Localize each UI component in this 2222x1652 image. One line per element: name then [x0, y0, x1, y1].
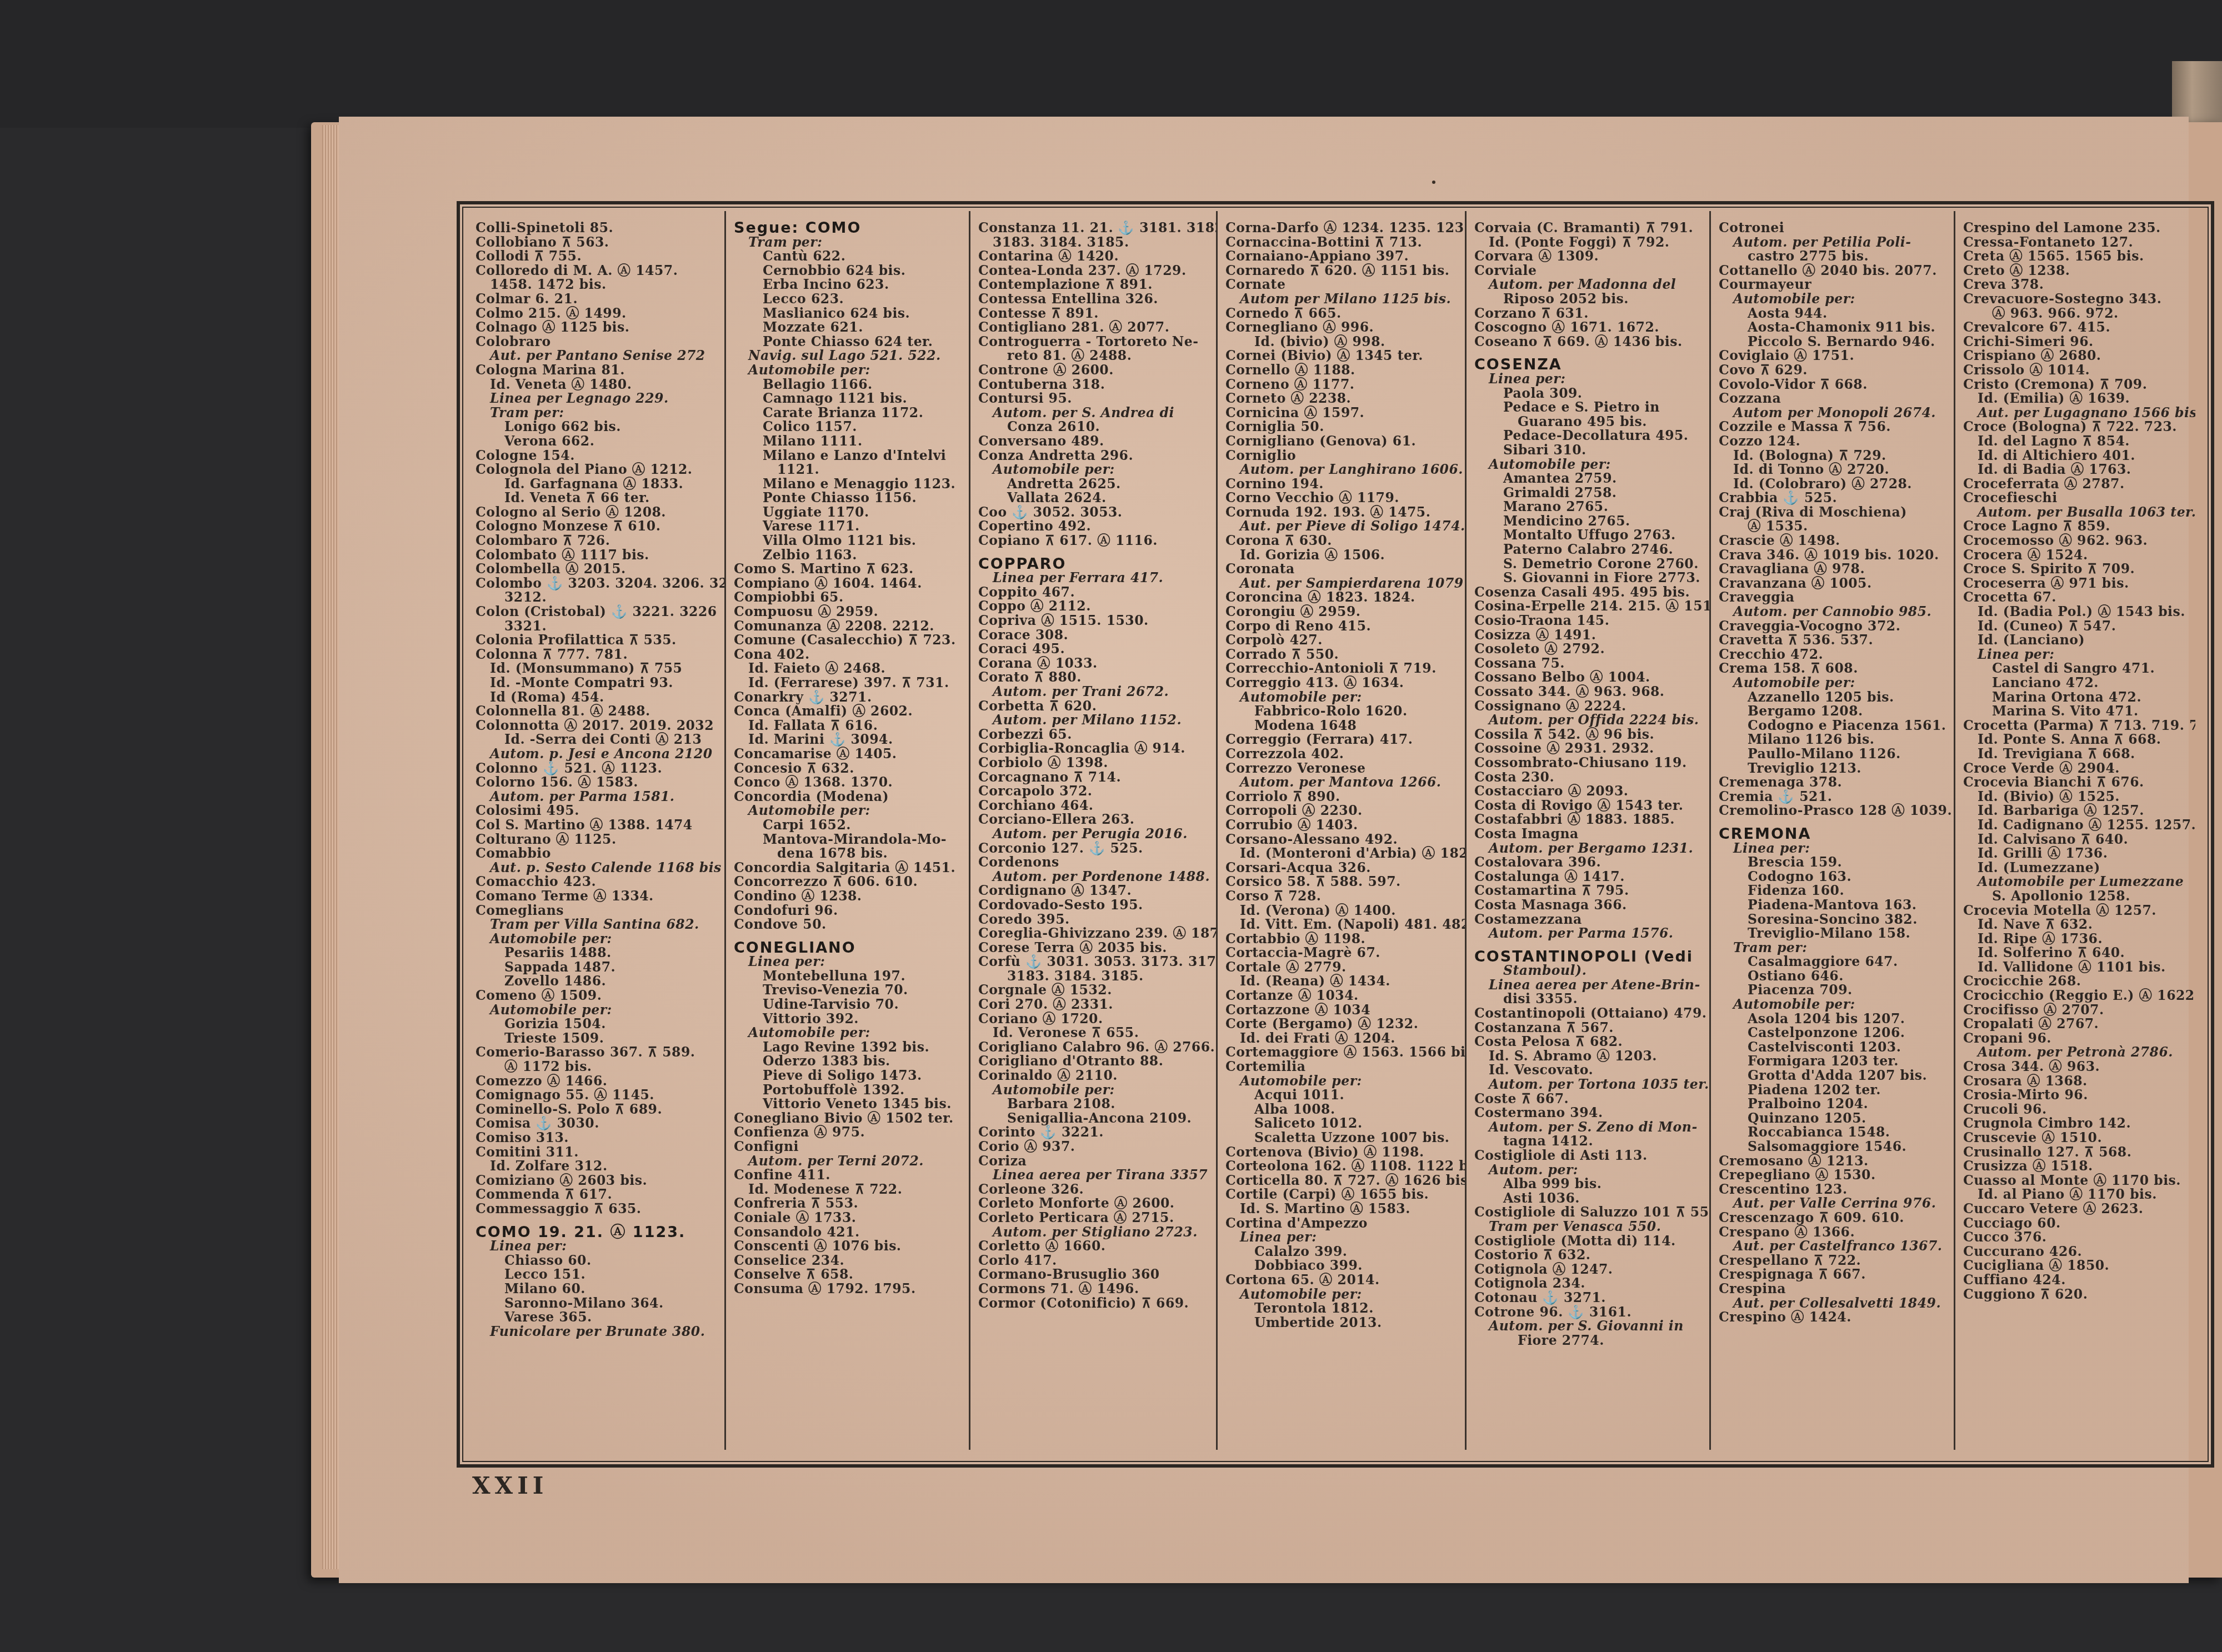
index-entry: Coronata — [1225, 562, 1459, 577]
index-entry: Cologno Monzese ⊼ 610. — [476, 519, 719, 534]
index-entry: Colloredo di M. A. Ⓐ 1457. — [476, 264, 719, 278]
index-entry: Conca (Amalfi) Ⓐ 2602. — [734, 704, 963, 719]
route-note: Autom. per Parma 1576. — [1474, 927, 1704, 941]
index-entry: Crocicchio (Reggio E.) Ⓐ 1622. — [1963, 989, 2190, 1003]
index-entry: Grimaldi 2758. — [1474, 486, 1704, 500]
index-entry: Cornaccina-Bottini ⊼ 713. — [1225, 236, 1459, 250]
index-entry: Crevalcore 67. 415. — [1963, 321, 2190, 335]
index-entry: Id. (Cuneo) ⊼ 547. — [1963, 619, 2190, 634]
index-entry: Croce (Bologna) ⊼ 722. 723. — [1963, 420, 2190, 434]
index-entry: Cuasso al Monte Ⓐ 1170 bis. — [1963, 1174, 2190, 1188]
index-entry: 3183. 3184. 3185. — [978, 969, 1210, 984]
index-entry: Castelponzone 1206. — [1719, 1026, 1948, 1040]
index-entry: Corticella 80. ⊼ 727. Ⓐ 1626 bis. — [1225, 1174, 1459, 1188]
index-entry: Sibari 310. — [1474, 443, 1704, 458]
index-entry: Milano 1126 bis. — [1719, 733, 1948, 747]
index-entry: Colombaro ⊼ 726. — [476, 534, 719, 548]
index-entry: Coroncina Ⓐ 1823. 1824. — [1225, 590, 1459, 605]
index-entry: Zovello 1486. — [476, 974, 719, 989]
index-entry: Cremolino-Prasco 128 Ⓐ 1039. — [1719, 804, 1948, 818]
index-entry: Costermano 394. — [1474, 1106, 1704, 1120]
route-note: Linea per: — [1225, 1230, 1459, 1245]
index-entry: Conco Ⓐ 1368. 1370. — [734, 775, 963, 790]
index-entry: disi 3355. — [1474, 992, 1704, 1007]
index-entry: Id. (Lumezzane) — [1963, 861, 2190, 875]
index-entry: Controguerra - Tortoreto Ne- — [978, 335, 1210, 349]
index-entry: Cosenza Casali 495. 495 bis. — [1474, 585, 1704, 600]
index-entry: Commenda ⊼ 617. — [476, 1188, 719, 1202]
index-entry: dena 1678 bis. — [734, 847, 963, 861]
index-entry: Crocera Ⓐ 1524. — [1963, 548, 2190, 563]
index-entry: Colmar 6. 21. — [476, 292, 719, 307]
index-entry: Mantova-Mirandola-Mo- — [734, 833, 963, 847]
route-note: Autom. per Petilia Poli- — [1719, 236, 1948, 250]
index-entry: Cossana 75. — [1474, 657, 1704, 671]
index-entry: Corvaia (C. Bramanti) ⊼ 791. — [1474, 221, 1704, 236]
index-entry: Cuffiano 424. — [1963, 1273, 2190, 1288]
index-entry: Crecchio 472. — [1719, 648, 1948, 662]
index-entry: Villa Olmo 1121 bis. — [734, 534, 963, 548]
route-note: Tram per Venasca 550. — [1474, 1220, 1704, 1234]
index-entry: Colombo ⚓ 3203. 3204. 3206. 3211 — [476, 577, 719, 591]
index-entry: Cossignano Ⓐ 2224. — [1474, 699, 1704, 714]
index-entry: Crocemosso Ⓐ 962. 963. — [1963, 534, 2190, 548]
index-entry: Piadena 1202 ter. — [1719, 1083, 1948, 1098]
index-entry: Comezzo Ⓐ 1466. — [476, 1074, 719, 1089]
index-entry: Id. (Ponte Foggi) ⊼ 792. — [1474, 236, 1704, 250]
index-entry: Corpo di Reno 415. — [1225, 619, 1459, 634]
index-entry: Cortenova (Bivio) Ⓐ 1198. — [1225, 1145, 1459, 1160]
section-heading: CONEGLIANO — [734, 941, 963, 955]
index-entry: Comeglians — [476, 904, 719, 918]
index-entry: Senigallia-Ancona 2109. — [978, 1112, 1210, 1126]
route-note: Autom. per Busalla 1063 ter. — [1963, 505, 2190, 520]
route-note: Automobile per: — [1225, 690, 1459, 705]
index-entry: Crescentino 123. — [1719, 1183, 1948, 1197]
index-entry: Correzzola 402. — [1225, 747, 1459, 762]
index-entry: Correzzo Veronese — [1225, 762, 1459, 776]
route-note: Aut. per Castelfranco 1367. — [1719, 1239, 1948, 1254]
index-entry: Corongiu Ⓐ 2959. — [1225, 605, 1459, 619]
index-entry: Vittorio 392. — [734, 1012, 963, 1027]
index-entry: Crespano Ⓐ 1366. — [1719, 1225, 1948, 1240]
index-entry: Id. Marini ⚓ 3094. — [734, 733, 963, 747]
index-entry: Cortazzone Ⓐ 1034 — [1225, 1003, 1459, 1018]
index-entry: Id. (Ferrarese) 397. ⊼ 731. — [734, 676, 963, 690]
index-entry: Id. (Badia Pol.) Ⓐ 1543 bis. — [1963, 605, 2190, 619]
index-entry: Maslianico 624 bis. — [734, 307, 963, 321]
index-entry: Compuosu Ⓐ 2959. — [734, 605, 963, 619]
index-entry: Cortemaggiore Ⓐ 1563. 1566 bis. — [1225, 1045, 1459, 1060]
index-entry: Coraci 495. — [978, 642, 1210, 657]
index-entry: Id. Fallata ⊼ 616. — [734, 719, 963, 733]
index-entry: Cravagliana Ⓐ 978. — [1719, 562, 1948, 577]
index-entry: Contarina Ⓐ 1420. — [978, 249, 1210, 264]
route-note: Autom. per: — [1474, 1163, 1704, 1178]
index-entry: Pesariis 1488. — [476, 946, 719, 960]
index-entry: Cona 402. — [734, 648, 963, 662]
section-heading: COSTANTINOPOLI (Vedi — [1474, 950, 1704, 964]
index-entry: Andretta 2625. — [978, 477, 1210, 492]
index-entry: Milano 1111. — [734, 434, 963, 449]
index-entry: Corvara Ⓐ 1309. — [1474, 249, 1704, 264]
index-entry: Cormons 71. Ⓐ 1496. — [978, 1282, 1210, 1296]
index-entry: Uggiate 1170. — [734, 505, 963, 520]
index-entry: Oderzo 1383 bis. — [734, 1054, 963, 1069]
index-entry: Piccolo S. Bernardo 946. — [1719, 335, 1948, 349]
route-note: Autom. per Milano 1152. — [978, 713, 1210, 728]
route-note: Tram per: — [476, 406, 719, 420]
index-entry: Cornedo ⊼ 665. — [1225, 307, 1459, 321]
index-entry: Corso ⊼ 728. — [1225, 889, 1459, 904]
route-note: Funicolare per Brunate 380. — [476, 1325, 719, 1339]
index-entry: Corinto ⚓ 3221. — [978, 1125, 1210, 1140]
route-note: Autom. per Pordenone 1488. — [978, 870, 1210, 884]
index-entry: Courmayeur — [1719, 278, 1948, 292]
index-entry: Chiasso 60. — [476, 1254, 719, 1268]
index-entry: Colico 1157. — [734, 420, 963, 434]
index-entry: Cruscevie Ⓐ 1510. — [1963, 1131, 2190, 1145]
index-entry: Amantea 2759. — [1474, 472, 1704, 486]
index-entry: Id. -Serra dei Conti Ⓐ 213 — [476, 733, 719, 747]
index-entry: Corna-Darfo Ⓐ 1234. 1235. 1236. — [1225, 221, 1459, 236]
index-entry: Contuberna 318. — [978, 378, 1210, 392]
index-entry: Roccabianca 1548. — [1719, 1125, 1948, 1140]
index-entry: Comune (Casalecchio) ⊼ 723. — [734, 633, 963, 648]
index-entry: Colorno 156. Ⓐ 1583. — [476, 775, 719, 790]
index-entry: Coredo 395. — [978, 913, 1210, 927]
index-entry: Sappada 1487. — [476, 960, 719, 975]
index-entry: Marina S. Vito 471. — [1963, 704, 2190, 719]
route-note: Aut. per Lugagnano 1566 bis. — [1963, 406, 2190, 420]
index-entry: tagna 1412. — [1474, 1134, 1704, 1149]
index-entry: Comunanza Ⓐ 2208. 2212. — [734, 619, 963, 634]
index-entry: Azzanello 1205 bis. — [1719, 690, 1948, 705]
index-entry: Grotta d'Adda 1207 bis. — [1719, 1069, 1948, 1083]
index-entry: Corchiano 464. — [978, 799, 1210, 813]
index-entry: Colosimi 495. — [476, 804, 719, 818]
index-entry: Id. (Colobraro) Ⓐ 2728. — [1719, 477, 1948, 492]
index-entry: Mozzate 621. — [734, 321, 963, 335]
index-entry: Costacciaro Ⓐ 2093. — [1474, 784, 1704, 799]
index-entry: Corace 308. — [978, 628, 1210, 643]
index-entry: Milano 60. — [476, 1282, 719, 1296]
route-note: Autom. per Parma 1581. — [476, 790, 719, 804]
index-entry: Cornigliano (Genova) 61. — [1225, 434, 1459, 449]
route-note: Autom. per Offida 2224 bis. — [1474, 713, 1704, 728]
index-entry: Id. Veronese ⊼ 655. — [978, 1026, 1210, 1040]
index-entry: Cotonau ⚓ 3271. — [1474, 1291, 1704, 1305]
index-entry: Colonno ⚓ 521. Ⓐ 1123. — [476, 762, 719, 776]
index-entry: Concordia (Modena) — [734, 790, 963, 804]
index-entry: Id. Ponte S. Anna ⊼ 668. — [1963, 733, 2190, 747]
route-note: Stamboul). — [1474, 964, 1704, 978]
index-entry: Corno Vecchio Ⓐ 1179. — [1225, 491, 1459, 505]
index-entry: Comeno Ⓐ 1509. — [476, 989, 719, 1003]
index-entry: Crocevia Bianchi ⊼ 676. — [1963, 775, 2190, 790]
index-entry: Gorizia 1504. — [476, 1017, 719, 1032]
index-entry: Croce Lagno ⊼ 859. — [1963, 519, 2190, 534]
index-entry: Contigliano 281. Ⓐ 2077. — [978, 321, 1210, 335]
index-entry: Crosa 344. Ⓐ 963. — [1963, 1060, 2190, 1074]
index-entry: Varese 365. — [476, 1310, 719, 1325]
index-entry: Corana Ⓐ 1033. — [978, 657, 1210, 671]
index-entry: Condove 50. — [734, 918, 963, 932]
index-entry: Contesse ⊼ 891. — [978, 307, 1210, 321]
index-entry: Comerio-Barasso 367. ⊼ 589. — [476, 1045, 719, 1060]
index-entry: Ostiano 646. — [1719, 969, 1948, 984]
index-entry: Cornaredo ⊼ 620. Ⓐ 1151 bis. — [1225, 264, 1459, 278]
index-entry: 3212. — [476, 590, 719, 605]
index-entry: Corte (Bergamo) Ⓐ 1232. — [1225, 1017, 1459, 1032]
index-entry: Cotignola 234. — [1474, 1276, 1704, 1291]
index-entry: Como S. Martino ⊼ 623. — [734, 562, 963, 577]
route-note: Linea per: — [734, 955, 963, 969]
index-entry: Trieste 1509. — [476, 1032, 719, 1046]
index-entry: Conza Andretta 296. — [978, 449, 1210, 463]
index-entry: Condofuri 96. — [734, 904, 963, 918]
index-entry: Cornaiano-Appiano 397. — [1225, 249, 1459, 264]
index-entry: Contea-Londa 237. Ⓐ 1729. — [978, 264, 1210, 278]
index-entry: Colobraro — [476, 335, 719, 349]
index-entry: Paola 309. — [1474, 387, 1704, 401]
index-entry: Carpi 1652. — [734, 818, 963, 833]
route-note: Automobile per: — [1225, 1074, 1459, 1089]
index-entry: Treviso-Venezia 70. — [734, 983, 963, 998]
route-note: Aut. per Valle Cerrina 976. — [1719, 1197, 1948, 1211]
index-entry: Id. Gorizia Ⓐ 1506. — [1225, 548, 1459, 563]
index-entry: Conselve ⊼ 658. — [734, 1268, 963, 1282]
index-entry: Cordenons — [978, 855, 1210, 870]
index-entry: Corese Terra Ⓐ 2035 bis. — [978, 941, 1210, 955]
index-entry: Udine-Tarvisio 70. — [734, 998, 963, 1012]
index-entry: Vittorio Veneto 1345 bis. — [734, 1097, 963, 1112]
index-entry: Saronno-Milano 364. — [476, 1296, 719, 1311]
index-entry: Id. (Monsummano) ⊼ 755 — [476, 662, 719, 676]
index-entry: Alba 999 bis. — [1474, 1177, 1704, 1192]
route-note: Automobile per Lumezzane — [1963, 875, 2190, 889]
index-entry: Zelbio 1163. — [734, 548, 963, 563]
ink-speck — [1432, 181, 1435, 184]
index-entry: Bellagio 1166. — [734, 378, 963, 392]
index-entry: Conegliano Bivio Ⓐ 1502 ter. — [734, 1112, 963, 1126]
index-entry: Paullo-Milano 1126. — [1719, 747, 1948, 762]
index-entry: Crepegliano Ⓐ 1530. — [1719, 1168, 1948, 1183]
index-entry: Ponte Chiasso 1156. — [734, 491, 963, 505]
index-entry: Correcchio-Antonioli ⊼ 719. — [1225, 662, 1459, 676]
index-entry: Id. Vescovato. — [1474, 1063, 1704, 1078]
index-columns: Colli-Spinetoli 85.Collobiano ⊼ 563.Coll… — [468, 211, 2195, 1450]
index-entry: Creva 378. — [1963, 278, 2190, 292]
index-entry: Coste ⊼ 667. — [1474, 1092, 1704, 1107]
route-note: Aut. per Pantano Senise 272 — [476, 349, 719, 363]
index-entry: Cantù 622. — [734, 249, 963, 264]
index-entry: Croceferrata Ⓐ 2787. — [1963, 477, 2190, 492]
index-entry: Corciano-Ellera 263. — [978, 813, 1210, 827]
index-entry: Corbiglia-Roncaglia Ⓐ 914. — [978, 742, 1210, 756]
index-entry: Cozzana — [1719, 392, 1948, 406]
route-note: Autom. per Langhirano 1606. — [1225, 463, 1459, 477]
index-entry: Pedace e S. Pietro in — [1474, 401, 1704, 415]
index-entry: Collobiano ⊼ 563. — [476, 236, 719, 250]
index-entry: Cornuda 192. 193. Ⓐ 1475. — [1225, 505, 1459, 520]
index-entry: Castel di Sangro 471. — [1963, 662, 2190, 676]
index-entry: Montebelluna 197. — [734, 969, 963, 984]
index-entry: Collodi ⊼ 755. — [476, 249, 719, 264]
index-entry: Crocicchie 268. — [1963, 974, 2190, 989]
index-entry: Crugnola Cimbro 142. — [1963, 1117, 2190, 1131]
index-entry: Corgnale Ⓐ 1532. — [978, 983, 1210, 998]
index-entry: Cominello-S. Polo ⊼ 689. — [476, 1103, 719, 1117]
index-entry: Coo ⚓ 3052. 3053. — [978, 505, 1210, 520]
index-entry: Cortabbio Ⓐ 1198. — [1225, 932, 1459, 947]
index-entry: Costalovara 396. — [1474, 855, 1704, 870]
index-entry: Castelvisconti 1203. — [1719, 1040, 1948, 1055]
index-entry: Costanzana ⊼ 567. — [1474, 1021, 1704, 1035]
index-column-2: Segue: COMOTram per:Cantù 622.Cernobbio … — [726, 211, 970, 1450]
route-note: Tram per Villa Santina 682. — [476, 918, 719, 932]
index-entry: Costa 230. — [1474, 770, 1704, 785]
index-entry: Cornate — [1225, 278, 1459, 292]
index-entry: Colombato Ⓐ 1117 bis. — [476, 548, 719, 563]
index-entry: Confienza Ⓐ 975. — [734, 1125, 963, 1140]
index-entry: Crespellano ⊼ 722. — [1719, 1254, 1948, 1268]
index-column-1: Colli-Spinetoli 85.Collobiano ⊼ 563.Coll… — [468, 211, 726, 1450]
index-entry: Id. del Lagno ⊼ 854. — [1963, 434, 2190, 449]
index-entry: Id. S. Abramo Ⓐ 1203. — [1474, 1049, 1704, 1064]
route-note: Autom. p. Jesi e Ancona 2120 — [476, 747, 719, 762]
index-entry: Cremia ⚓ 521. — [1719, 790, 1948, 804]
index-entry: Pedace-Decollatura 495. — [1474, 429, 1704, 443]
index-entry: Coviglaio Ⓐ 1751. — [1719, 349, 1948, 363]
index-entry: Covolo-Vidor ⊼ 668. — [1719, 378, 1948, 392]
section-heading: CREMONA — [1719, 827, 1948, 842]
index-entry: Id. (Lanciano) — [1963, 633, 2190, 648]
index-entry: Id. Veneta ⊼ 66 ter. — [476, 491, 719, 505]
index-entry: Cossombrato-Chiusano 119. — [1474, 756, 1704, 770]
index-entry: Coppito 467. — [978, 585, 1210, 600]
index-entry: Treviglio-Milano 158. — [1719, 927, 1948, 941]
index-entry: Scaletta Uzzone 1007 bis. — [1225, 1131, 1459, 1145]
index-entry: Cormor (Cotonificio) ⊼ 669. — [978, 1296, 1210, 1311]
index-entry: Crevacuore-Sostegno 343. — [1963, 292, 2190, 307]
index-entry: Condino Ⓐ 1238. — [734, 889, 963, 904]
index-entry: Corneto Ⓐ 2238. — [1225, 392, 1459, 406]
index-entry: Marano 2765. — [1474, 500, 1704, 514]
index-entry: Concordia Salgitaria Ⓐ 1451. — [734, 861, 963, 875]
index-entry: Crosia-Mirto 96. — [1963, 1088, 2190, 1103]
route-note: Automobile per: — [1719, 676, 1948, 690]
index-entry: Colonnella 81. Ⓐ 2488. — [476, 704, 719, 719]
index-entry: Cuccurano 426. — [1963, 1245, 2190, 1259]
route-note: Automobile per: — [978, 463, 1210, 477]
index-entry: Cortemilia — [1225, 1060, 1459, 1074]
index-entry: Cosizza Ⓐ 1491. — [1474, 628, 1704, 643]
index-entry: Contemplazione ⊼ 891. — [978, 278, 1210, 292]
index-entry: Coseano ⊼ 669. Ⓐ 1436 bis. — [1474, 335, 1704, 349]
index-entry: Terontola 1812. — [1225, 1301, 1459, 1316]
index-entry: Cosoleto Ⓐ 2792. — [1474, 642, 1704, 657]
route-note: Automobile per: — [1225, 1288, 1459, 1302]
index-entry: Calalzo 399. — [1225, 1245, 1459, 1259]
index-entry: Milano e Menaggio 1123. — [734, 477, 963, 492]
index-entry: Concorrezzo ⊼ 606. 610. — [734, 875, 963, 889]
index-entry: Casalmaggiore 647. — [1719, 955, 1948, 969]
index-entry: Copertino 492. — [978, 519, 1210, 534]
index-entry: Cortile (Carpi) Ⓐ 1655 bis. — [1225, 1188, 1459, 1202]
index-entry: Covo ⊼ 629. — [1719, 363, 1948, 378]
index-entry: Id. (Emilia) Ⓐ 1639. — [1963, 392, 2190, 406]
index-entry: Corconio 127. ⚓ 525. — [978, 842, 1210, 856]
index-entry: Colturano Ⓐ 1125. — [476, 833, 719, 847]
index-entry: Cortina d'Ampezzo — [1225, 1217, 1459, 1231]
index-entry: Dobbiaco 399. — [1225, 1259, 1459, 1273]
index-entry: Coreglia-Ghivizzano 239. Ⓐ 1876 — [978, 927, 1210, 941]
index-entry: Corropoli Ⓐ 2230. — [1225, 804, 1459, 818]
route-note: Aut. per Sampierdarena 1079 ter — [1225, 577, 1459, 591]
index-entry: Id (Roma) 454. — [476, 690, 719, 705]
index-entry: Cormano-Brusuglio 360 — [978, 1268, 1210, 1282]
index-entry: Corfù ⚓ 3031. 3053. 3173. 3179. — [978, 955, 1210, 969]
index-column-7: Crespino del Lamone 235.Cressa-Fontaneto… — [1955, 211, 2195, 1450]
index-entry: Riposo 2052 bis. — [1474, 292, 1704, 307]
index-entry: Id. Barbariga Ⓐ 1257. — [1963, 804, 2190, 818]
route-note: Automobile per: — [734, 804, 963, 818]
index-entry: Cosina-Erpelle 214. 215. Ⓐ 1518. — [1474, 599, 1704, 614]
route-note: Aut. per Collesalvetti 1849. — [1719, 1296, 1948, 1311]
index-entry: Montalto Uffugo 2763. — [1474, 528, 1704, 543]
index-entry: Id. (Monteroni d'Arbia) Ⓐ 1822 — [1225, 847, 1459, 861]
route-note: Autom. per Stigliano 2723. — [978, 1225, 1210, 1240]
index-entry: Treviglio 1213. — [1719, 762, 1948, 776]
index-entry: Id. -Monte Compatri 93. — [476, 676, 719, 690]
index-entry: Craj (Riva di Moschiena) — [1719, 505, 1948, 520]
section-heading: COSENZA — [1474, 358, 1704, 372]
route-note: Linea per: — [1719, 842, 1948, 856]
index-entry: Cucco 376. — [1963, 1230, 2190, 1245]
index-entry: Id. Ripe Ⓐ 1736. — [1963, 932, 2190, 947]
index-entry: Corigliano Calabro 96. Ⓐ 2766. — [978, 1040, 1210, 1055]
index-entry: Creta Ⓐ 1565. 1565 bis. — [1963, 249, 2190, 264]
index-entry: Corleone 326. — [978, 1183, 1210, 1197]
index-entry: Milano e Lanzo d'Intelvi — [734, 449, 963, 463]
index-entry: Creto Ⓐ 1238. — [1963, 264, 2190, 278]
index-column-6: CotroneiAutom. per Petilia Poli-castro 2… — [1711, 211, 1955, 1450]
index-entry: Id. (bivio) Ⓐ 998. — [1225, 335, 1459, 349]
section-heading: Segue: COMO — [734, 221, 963, 236]
index-entry: Id. Calvisano ⊼ 640. — [1963, 833, 2190, 847]
route-note: Automobile per: — [1719, 998, 1948, 1012]
index-entry: Coniale Ⓐ 1733. — [734, 1211, 963, 1225]
index-column-4: Corna-Darfo Ⓐ 1234. 1235. 1236.Cornaccin… — [1218, 211, 1467, 1450]
index-entry: Marina Ortona 472. — [1963, 690, 2190, 705]
index-entry: Corrubio Ⓐ 1403. — [1225, 818, 1459, 833]
index-entry: Id. dei Frati Ⓐ 1204. — [1225, 1032, 1459, 1046]
index-entry: Coscogno Ⓐ 1671. 1672. — [1474, 321, 1704, 335]
index-entry: Lecco 623. — [734, 292, 963, 307]
index-entry: Corneno Ⓐ 1177. — [1225, 378, 1459, 392]
index-entry: Cremenaga 378. — [1719, 775, 1948, 790]
index-entry: Ⓐ 1172 bis. — [476, 1060, 719, 1074]
index-entry: Comabbio — [476, 847, 719, 861]
index-entry: Crescenzago ⊼ 609. 610. — [1719, 1211, 1948, 1225]
index-entry: Cozzo 124. — [1719, 434, 1948, 449]
index-entry: Cristo (Cremona) ⊼ 709. — [1963, 378, 2190, 392]
index-entry: Crispiano Ⓐ 2680. — [1963, 349, 2190, 363]
route-note: Linea per Legnago 229. — [476, 392, 719, 406]
index-entry: Mendicino 2765. — [1474, 514, 1704, 529]
index-entry: Umbertide 2013. — [1225, 1316, 1459, 1330]
